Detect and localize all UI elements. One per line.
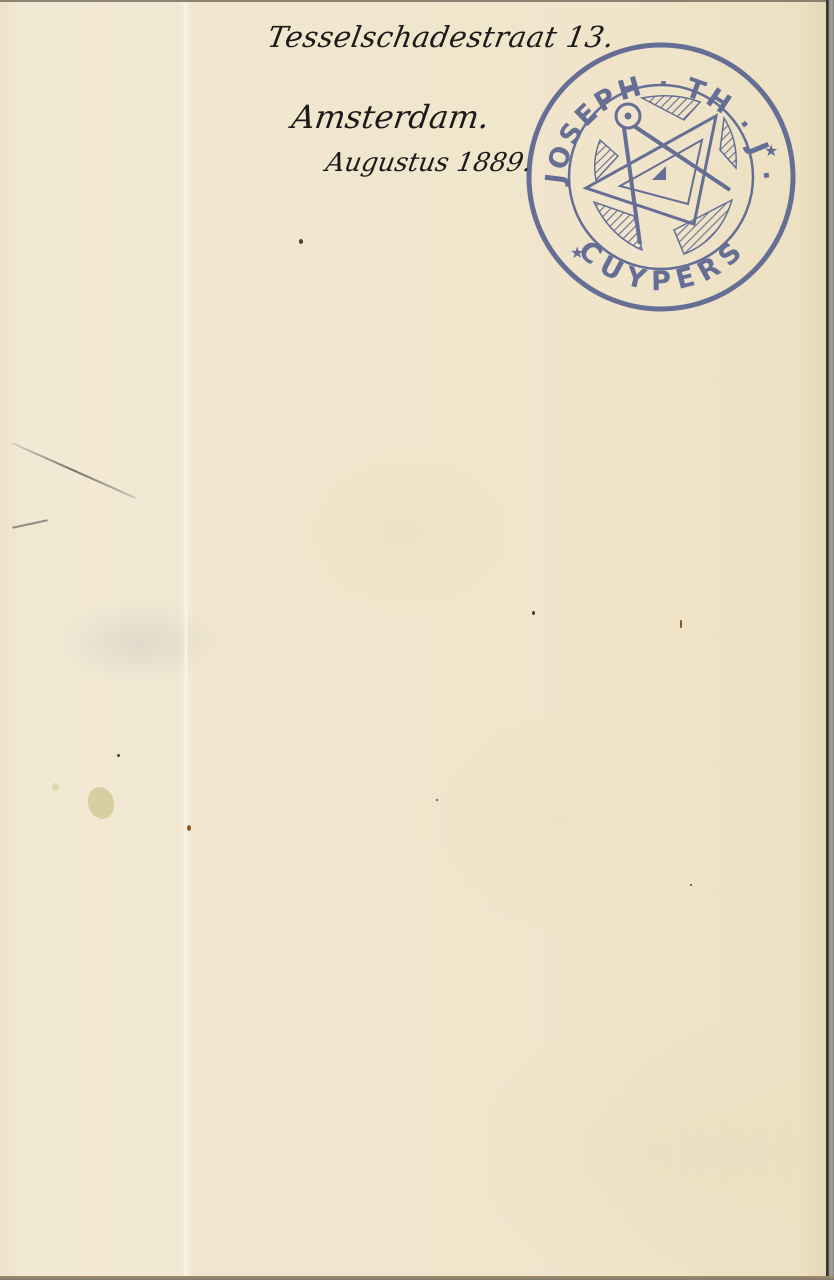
- paper-fleck: [299, 239, 303, 244]
- paper-fleck: [187, 825, 191, 831]
- stamp-top-text: JOSEPH · TH · J ·: [540, 69, 782, 188]
- paper-stain: [52, 783, 59, 791]
- pencil-mark: [12, 519, 48, 528]
- paper-fleck: [532, 611, 535, 615]
- stamp-bottom-text: CUYPERS: [572, 235, 750, 297]
- svg-text:★: ★: [570, 243, 584, 262]
- star-icon: ★: [570, 243, 584, 262]
- inscription-date: Augustus 1889.: [323, 148, 534, 178]
- paper-fleck: [436, 799, 438, 801]
- page-fold-line: [184, 2, 188, 1278]
- book-bottom-edge: [0, 1276, 834, 1280]
- book-edge: [826, 0, 834, 1280]
- svg-text:★: ★: [764, 141, 778, 160]
- paper-fleck: [690, 884, 692, 886]
- pencil-mark: [12, 442, 136, 499]
- paper-fleck: [680, 620, 682, 628]
- compass-and-set-square-icon: [586, 96, 736, 254]
- owner-stamp: JOSEPH · TH · J · CUYPERS ★ ★: [524, 40, 798, 314]
- paper-fleck: [117, 754, 120, 757]
- paper-stain: [84, 784, 117, 822]
- star-icon: ★: [764, 141, 778, 160]
- inscription-city: Amsterdam.: [289, 98, 491, 136]
- book-page: Tesselschadestraat 13. Amsterdam. August…: [0, 0, 826, 1278]
